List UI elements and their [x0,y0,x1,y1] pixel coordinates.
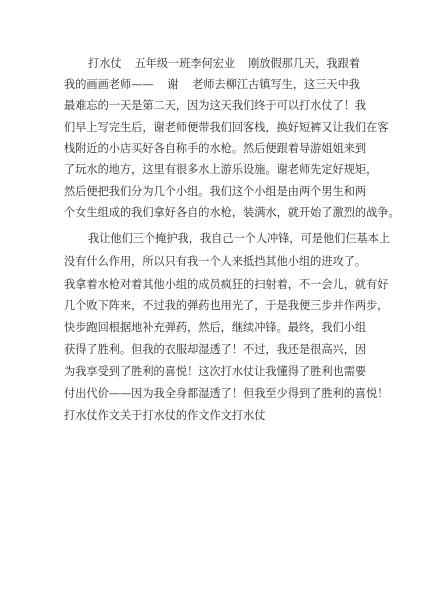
text-line: 快步跑回根据地补充弹药，然后，继续冲锋。最终，我们小组 [64,321,360,335]
text-segment: 个女生组成的我们拿好各自的水枪，装满水，就开始了激烈的战争。 [64,206,400,220]
text-segment: 老师去柳江古镇写生，这三天中我 [192,78,360,92]
text-line: 付出代价——因为我全身都湿透了！但我至少得到了胜利的喜悦！ [64,387,360,401]
text-line: 栈附近的小店买好各自称手的水枪。然后便跟着导游姐姐来到 [64,142,360,156]
text-segment: 然后便跟着导游姐姐来到 [243,142,366,156]
text-segment: 然后便把我们分为几个小组。 [64,185,209,199]
text-segment: 我 [355,99,366,113]
text-segment: 获得了胜利。 [64,343,131,357]
text-segment: 了玩水的地方，这里有很多水上游乐设施。 [64,163,277,177]
text-segment: 打水仗 [88,57,122,71]
text-segment: 我的画画老师—— [64,78,154,92]
text-line: 个女生组成的我们拿好各自的水枪，装满水，就开始了激烈的战争。 [64,206,360,220]
text-segment: 谢老师先定好规矩， [277,163,378,177]
text-line: 为我享受到了胜利的喜悦！这次打水仗让我懂得了胜利也需要 [64,365,360,379]
text-line: 获得了胜利。但我的衣服却湿透了！不过，我还是很高兴，因 [64,343,360,357]
text-segment: 为我享受到了胜利的喜悦！ [64,365,198,379]
text-line: 几个败下阵来，不过我的弹药也用光了，于是我便三步并作两步， [64,299,360,313]
title-line: 打水仗五年级一班李何宏业刚放假那几天，我跟着 [88,57,360,71]
text-line: 没有什么作用，所以只有我一个人来抵挡其他小组的进攻了。 [64,255,360,269]
text-segment: 栈附近的小店买好各自称手的水枪。 [64,142,243,156]
text-segment: 这次打水仗让我懂得了胜利也需要 [198,365,366,379]
text-segment: 谢 [167,78,178,92]
text-line: 然后便把我们分为几个小组。我们这个小组是由两个男生和两 [64,185,360,199]
text-segment: 付出代价——因为我全身都湿透了！但我至少得到了胜利的喜悦！ [64,387,388,401]
text-segment: 没有什么作用，所以只有我一个人来抵挡其他小组的进攻了。 [64,255,366,269]
document-page: 打水仗五年级一班李何宏业刚放假那几天，我跟着我的画画老师——谢老师去柳江古镇写生… [0,0,424,600]
text-line: 们早上写完生后，谢老师便带我们回客栈，换好短裤又让我们在客 [64,121,360,135]
text-segment: 最终，我们小组 [288,321,366,335]
text-segment: 我让他们三个掩护我，我自己一个人冲锋，可是他们仨基本上 [88,232,390,246]
text-line: 最难忘的一天是第二天，因为这天我们终于可以打水仗了！我 [64,99,360,113]
text-segment: 最难忘的一天是第二天，因为这天我们终于可以打水仗了！ [64,99,355,113]
text-segment: 几个败下阵来，不过我的弹药也用光了，于是我便三步并作两步， [64,299,388,313]
text-line: 我让他们三个掩护我，我自己一个人冲锋，可是他们仨基本上 [88,232,360,246]
text-line: 我的画画老师——谢老师去柳江古镇写生，这三天中我 [64,78,360,92]
footer-keywords-line: 打水仗作文关于打水仗的作文作文打水仗 [64,409,360,423]
text-segment: 们早上写完生后，谢老师便带我们回客栈，换好短裤又让我们在客 [64,121,388,135]
text-segment: 快步跑回根据地补充弹药，然后，继续冲锋。 [64,321,288,335]
text-segment: 但我的衣服却湿透了！不过，我还是很高兴，因 [131,343,366,357]
text-line: 了玩水的地方，这里有很多水上游乐设施。谢老师先定好规矩， [64,163,360,177]
text-segment: 我拿着水枪对着其他小组的成员疯狂的扫射着，不一会儿，就有好 [64,278,388,292]
text-segment: 刚放假那几天，我跟着 [248,57,360,71]
text-line: 我拿着水枪对着其他小组的成员疯狂的扫射着，不一会儿，就有好 [64,278,360,292]
text-segment: 我们这个小组是由两个男生和两 [209,185,366,199]
text-segment: 打水仗作文关于打水仗的作文作文打水仗 [64,409,265,423]
text-segment: 五年级一班李何宏业 [134,57,235,71]
